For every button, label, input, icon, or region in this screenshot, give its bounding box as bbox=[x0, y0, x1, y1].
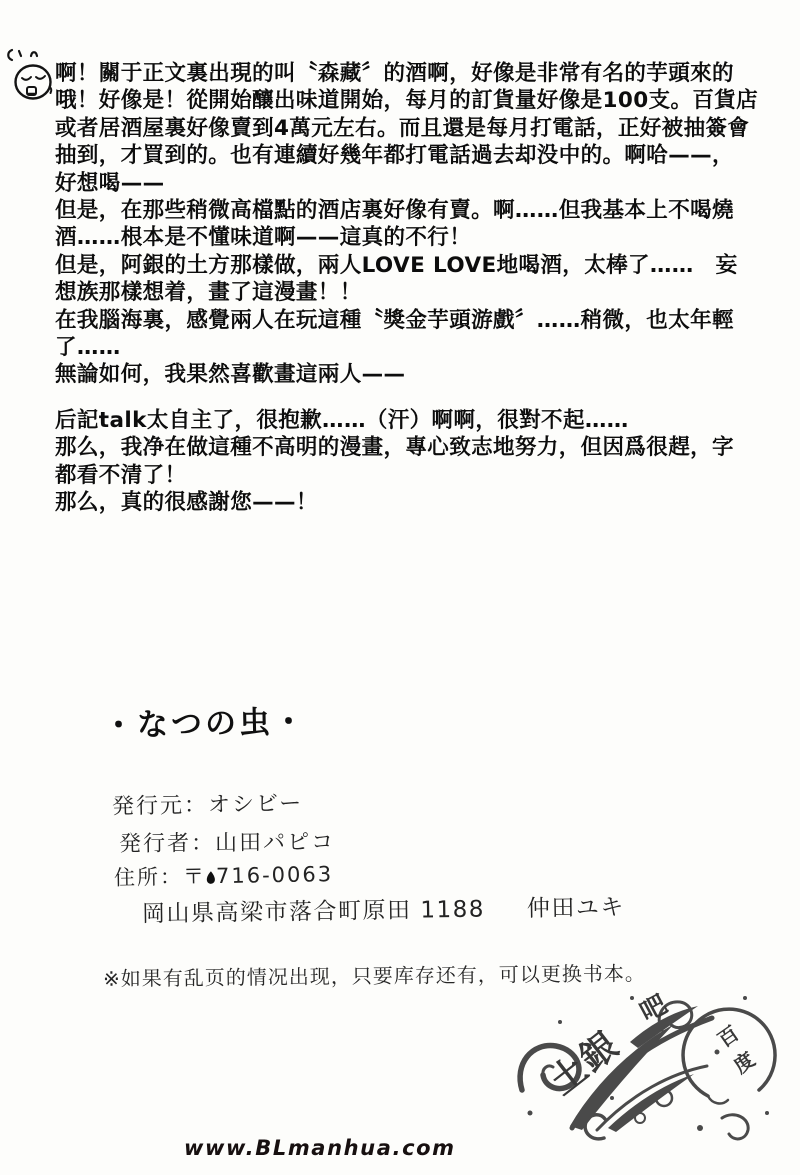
postal-label: 住所：〒 bbox=[114, 864, 206, 890]
stamp-text-main: 土銀 bbox=[542, 1024, 627, 1103]
afterword-line: 抽到，才買到的。也有連續好幾年都打電話過去却没中的。啊哈——， bbox=[55, 142, 758, 169]
ink-blot bbox=[206, 871, 216, 884]
postal-code: 716-0063 bbox=[216, 862, 334, 888]
afterword-line: 但是，在那些稍微高檔點的酒店裏好像有賣。啊……但我基本上不喝燒 bbox=[55, 197, 758, 224]
afterword-text-block2: 后記talk太自主了，很抱歉……（汗）啊啊，很對不起…… 那么，我净在做這種不高… bbox=[55, 407, 734, 517]
afterword-line: 那么，我净在做這種不高明的漫畫，專心致志地努力，但因爲很趕，字 bbox=[55, 434, 734, 461]
afterword-line: 在我腦海裏，感覺兩人在玩這種〝獎金芋頭游戲〞……稍微，也太年輕 bbox=[55, 307, 758, 334]
afterword-line: 了…… bbox=[55, 334, 758, 361]
colophon-publisher: 発行元：オシビー bbox=[112, 786, 304, 820]
colophon-postal: 住所：〒716-0063 bbox=[114, 858, 334, 892]
afterword-line: 都看不清了！ bbox=[55, 462, 734, 489]
afterword-text-block1: 啊！關于正文裏出現的叫〝森藏〞的酒啊，好像是非常有名的芋頭來的 哦！好像是！從開… bbox=[55, 60, 758, 389]
afterword-line: 酒……根本是不懂味道啊——這真的不行！ bbox=[55, 224, 758, 251]
colophon-address: 岡山県高梁市落合町原田 1188仲田ユキ bbox=[142, 889, 625, 929]
stamp-text-du: 度 bbox=[729, 1047, 759, 1078]
afterword-line: 啊！關于正文裏出現的叫〝森藏〞的酒啊，好像是非常有名的芋頭來的 bbox=[55, 60, 758, 87]
afterword-line: 那么，真的很感謝您——！ bbox=[55, 489, 734, 516]
doujin-title: ・なつの虫・ bbox=[103, 696, 308, 745]
stamp-text-bai: 百 bbox=[713, 1021, 743, 1052]
address-text: 岡山県高梁市落合町原田 1188 bbox=[142, 897, 485, 928]
tieba-stamp: 土銀 吧 百 度 bbox=[512, 978, 782, 1153]
afterword-line: 后記talk太自主了，很抱歉……（汗）啊啊，很對不起…… bbox=[55, 407, 734, 434]
afterword-line: 無論如何，我果然喜歡畫這兩人—— bbox=[55, 361, 758, 388]
face-doodle-icon bbox=[4, 42, 62, 106]
afterword-line: 但是，阿銀的土方那樣做，兩人LOVE LOVE地喝酒，太棒了…… 妄 bbox=[55, 252, 758, 279]
afterword-line: 想族那樣想着，畫了這漫畫！！ bbox=[55, 279, 758, 306]
afterword-line: 哦！好像是！從開始釀出味道開始，每月的訂貨量好像是100支。百貨店 bbox=[55, 87, 758, 114]
site-watermark: www.BLmanhua.com bbox=[184, 1136, 456, 1160]
afterword-line: 或者居酒屋裏好像賣到4萬元左右。而且還是每月打電話，正好被抽簽會 bbox=[55, 115, 758, 142]
colophon-author: 発行者：山田パピコ bbox=[119, 825, 335, 858]
afterword-line: 好想喝—— bbox=[55, 170, 758, 197]
colophon-person: 仲田ユキ bbox=[527, 889, 625, 923]
